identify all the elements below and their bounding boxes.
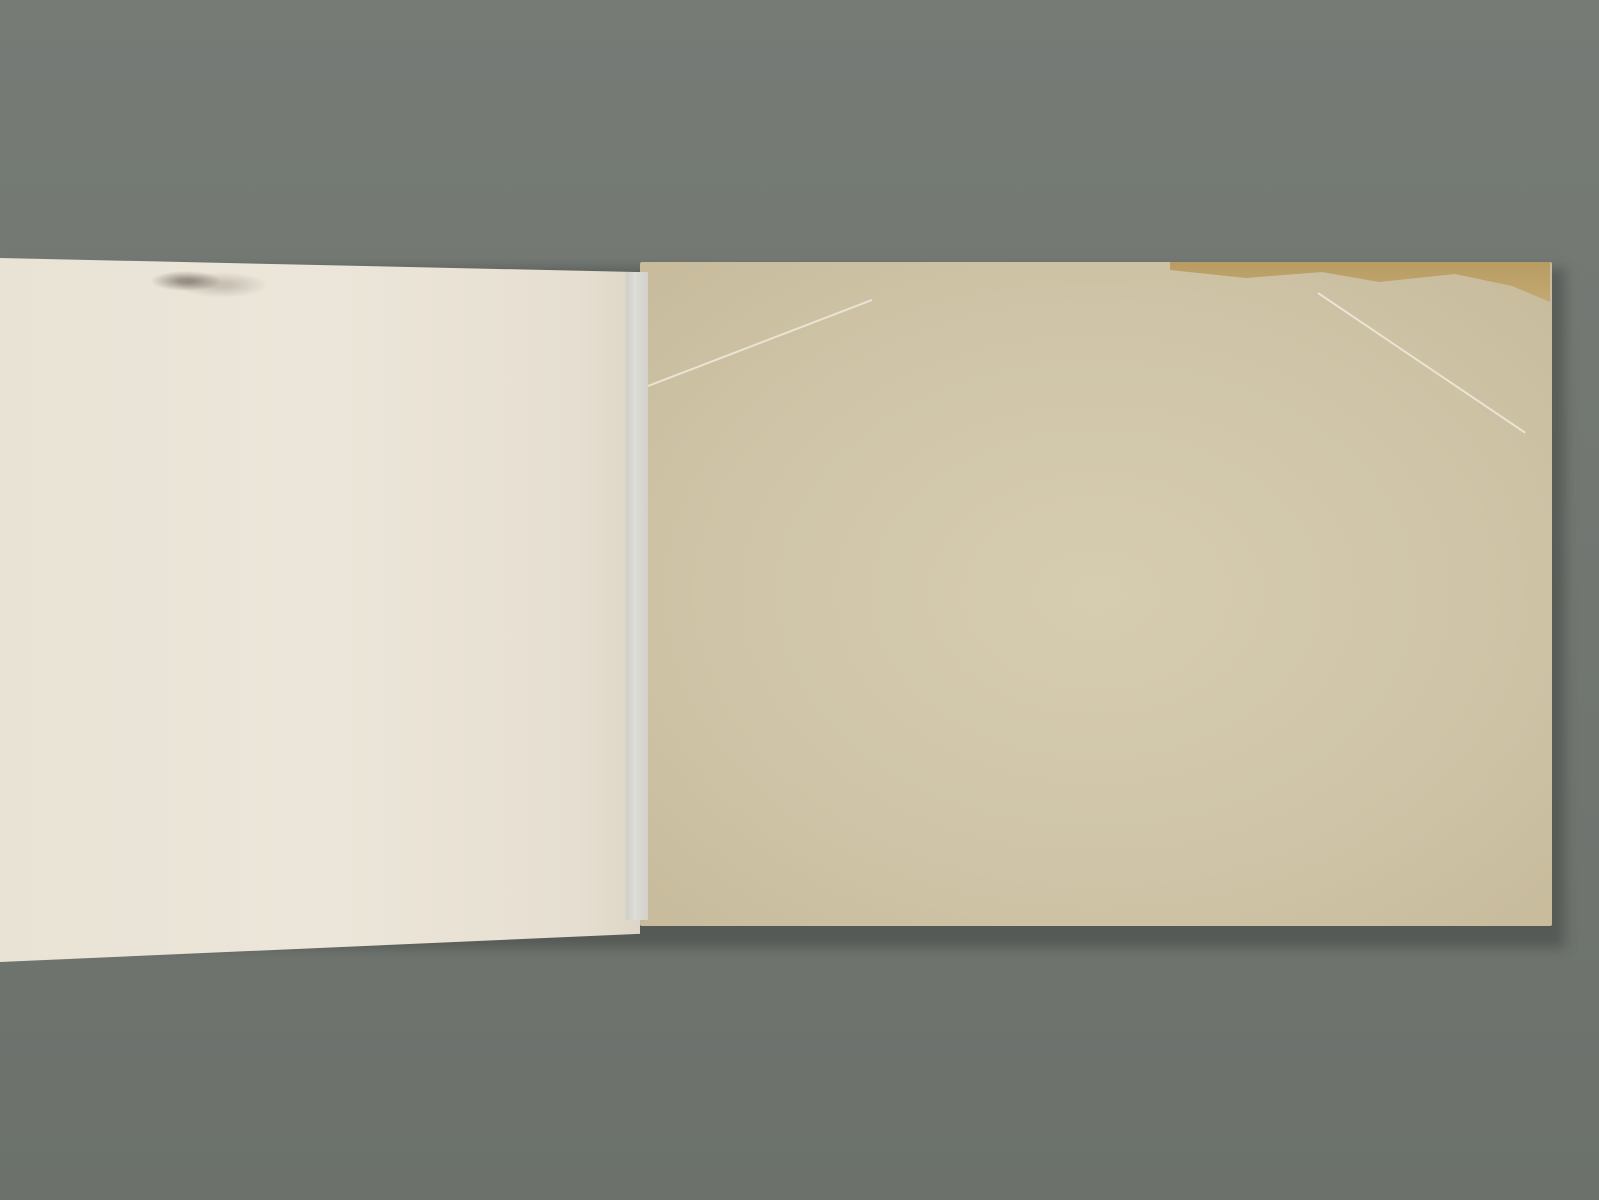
foxing-spots bbox=[150, 265, 270, 305]
left-blank-page bbox=[0, 258, 640, 962]
spine-tape bbox=[626, 272, 648, 920]
right-cover-board bbox=[640, 262, 1552, 926]
